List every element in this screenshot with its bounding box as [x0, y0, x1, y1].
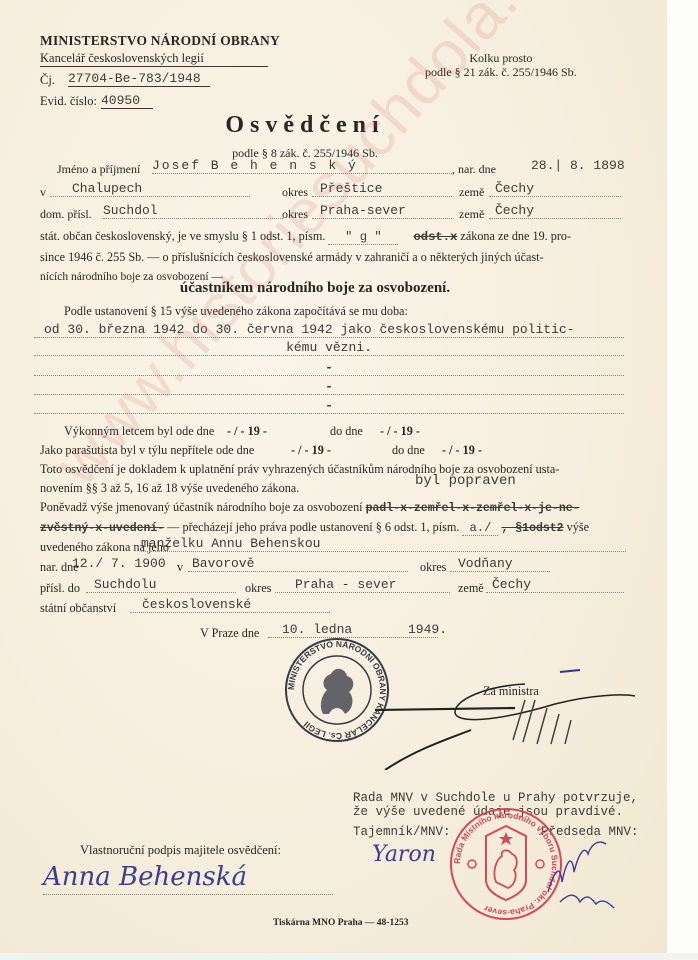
stamp-duty-note: Kolku prosto podle § 21 zák. č. 255/1946…	[425, 51, 577, 79]
heir-place-value: Bavorově	[188, 556, 408, 572]
airman-from: - / - 19 -	[227, 424, 267, 439]
status-heading: účastníkem národního boje za osvobození.	[0, 280, 630, 297]
transfer-line-1: Poněvadž výše jmenovaný účastník národní…	[40, 500, 580, 515]
executed-note: byl popraven	[415, 473, 516, 489]
citizenship-value: československé	[130, 597, 330, 613]
heir-domicile-district-value: Praha - sever	[275, 577, 450, 593]
mnv-secretary-label: Tajemník/MNV:	[353, 825, 451, 839]
heir-name: manželku Annu Behenskou	[141, 536, 626, 552]
stamp-note-line2: podle § 21 zák. č. 255/1946 Sb.	[425, 65, 577, 79]
paratrooper-to: - / - 19 -	[442, 443, 482, 458]
mnv-chairman-signature-icon	[540, 832, 650, 912]
born-label: , nar. dne	[452, 162, 496, 177]
issue-place-label: V Praze dne	[200, 626, 259, 641]
airman-to: - / - 19 -	[380, 424, 420, 439]
heir-district-value: Vodňany	[450, 556, 550, 572]
paratrooper-label: Jako parašutista byl v týlu nepřítele od…	[40, 443, 254, 458]
land-value: Čechy	[489, 181, 621, 197]
period-dash-3: -	[34, 398, 624, 414]
citizenship-label: státní občanství	[40, 601, 116, 616]
reference-number: 27704-Be-783/1948	[68, 71, 210, 87]
law-line-1a: stát. občan československý, je ve smyslu…	[40, 229, 325, 243]
document-title: Osvědčení	[0, 112, 610, 139]
scan-bottom-margin	[0, 953, 698, 960]
name-value: Josef B e h e n s k ý	[152, 158, 452, 174]
rights-line-2: novením §§ 3 až 5, 16 až 18 výše uvedené…	[40, 481, 299, 496]
evidence-label: Evid. číslo:	[40, 94, 97, 109]
transfer-letter: a./	[462, 521, 498, 536]
heir-domicile-district-label: okres	[245, 581, 271, 596]
airman-label: Výkonným letcem byl ode dne	[64, 424, 214, 439]
heir-land-label: země	[458, 581, 484, 596]
domicile-land-value: Čechy	[489, 203, 621, 219]
holder-signature-label: Vlastnoruční podpis majitele osvědčení:	[80, 843, 281, 858]
heir-district-label: okres	[420, 560, 446, 575]
transfer-struck-3: , §1odst2	[501, 522, 563, 535]
period-intro: Podle ustanovení § 15 výše uvedeného zák…	[64, 304, 408, 319]
printer-imprint: Tiskárna MNO Praha — 48-1253	[273, 918, 408, 928]
paratrooper-from: - / - 19 -	[291, 443, 331, 458]
office-name: Kancelář československých legií	[40, 51, 268, 67]
transfer-struck-2: zvěstný-x-uvedení-	[40, 522, 164, 535]
heir-born-value: 12./ 7. 1900	[72, 556, 166, 571]
heir-land-value: Čechy	[486, 577, 624, 593]
period-line-2: kému vězni.	[34, 340, 624, 356]
transfer-line-2: zvěstný-x-uvedení- — přecházejí jeho prá…	[40, 520, 589, 536]
place-label: v	[40, 185, 46, 200]
mnv-line-1: Rada MNV v Suchdole u Prahy potvrzuje,	[353, 791, 638, 805]
born-value: 28.| 8. 1898	[531, 158, 625, 173]
domicile-label: dom. přísl.	[40, 207, 92, 222]
law-line-2: since 1946 č. 255 Sb. — o příslušnících …	[40, 250, 544, 265]
holder-signature: Anna Behenská	[43, 862, 333, 895]
period-dash-2: -	[34, 379, 624, 395]
heir-place-label: v	[177, 560, 183, 575]
heir-domicile-value: Suchdolu	[86, 577, 236, 593]
law-letter: " g "	[328, 230, 398, 245]
transfer-line-2-end: výše	[567, 520, 589, 534]
scan-margin	[667, 0, 698, 960]
district-value: Přeštice	[312, 181, 452, 197]
mnv-secretary-signature: Yaron	[372, 842, 436, 867]
domicile-land-label: země	[459, 207, 484, 222]
airman-to-label: do dne	[330, 424, 363, 439]
domicile-district-label: okres	[282, 207, 308, 222]
heir-domicile-label: přísl. do	[40, 581, 80, 596]
evidence-number: 40950	[101, 93, 153, 109]
paratrooper-to-label: do dne	[392, 443, 425, 458]
place-value: Chalupech	[50, 181, 250, 197]
issue-year: 1949.	[408, 622, 447, 637]
period-dash-1: -	[34, 360, 624, 376]
law-struck-text: odst.x	[413, 230, 457, 244]
district-label: okres	[282, 185, 308, 200]
reference-label: Čj.	[40, 73, 55, 88]
ministry-name: MINISTERSTVO NÁRODNÍ OBRANY	[40, 33, 280, 49]
land-label: země	[459, 185, 484, 200]
stamp-note-line1: Kolku prosto	[425, 51, 577, 65]
minister-signature-icon	[375, 660, 635, 770]
transfer-line-2-text: — přecházejí jeho práva podle ustanovení…	[167, 520, 459, 534]
name-label: Jméno a příjmení	[57, 162, 140, 177]
period-line-1: od 30. března 1942 do 30. června 1942 ja…	[34, 322, 624, 338]
domicile-district-value: Praha-sever	[312, 203, 452, 219]
law-line-1b: zákona ze dne 19. pro-	[460, 229, 571, 243]
transfer-line-1-text: Poněvadž výše jmenovaný účastník národní…	[40, 500, 363, 514]
transfer-struck-1: padl-x-zemřel-x-zemřel-x-je-ne-	[366, 502, 580, 515]
law-line-1: stát. občan československý, je ve smyslu…	[40, 229, 571, 245]
domicile-value: Suchdol	[103, 203, 283, 219]
